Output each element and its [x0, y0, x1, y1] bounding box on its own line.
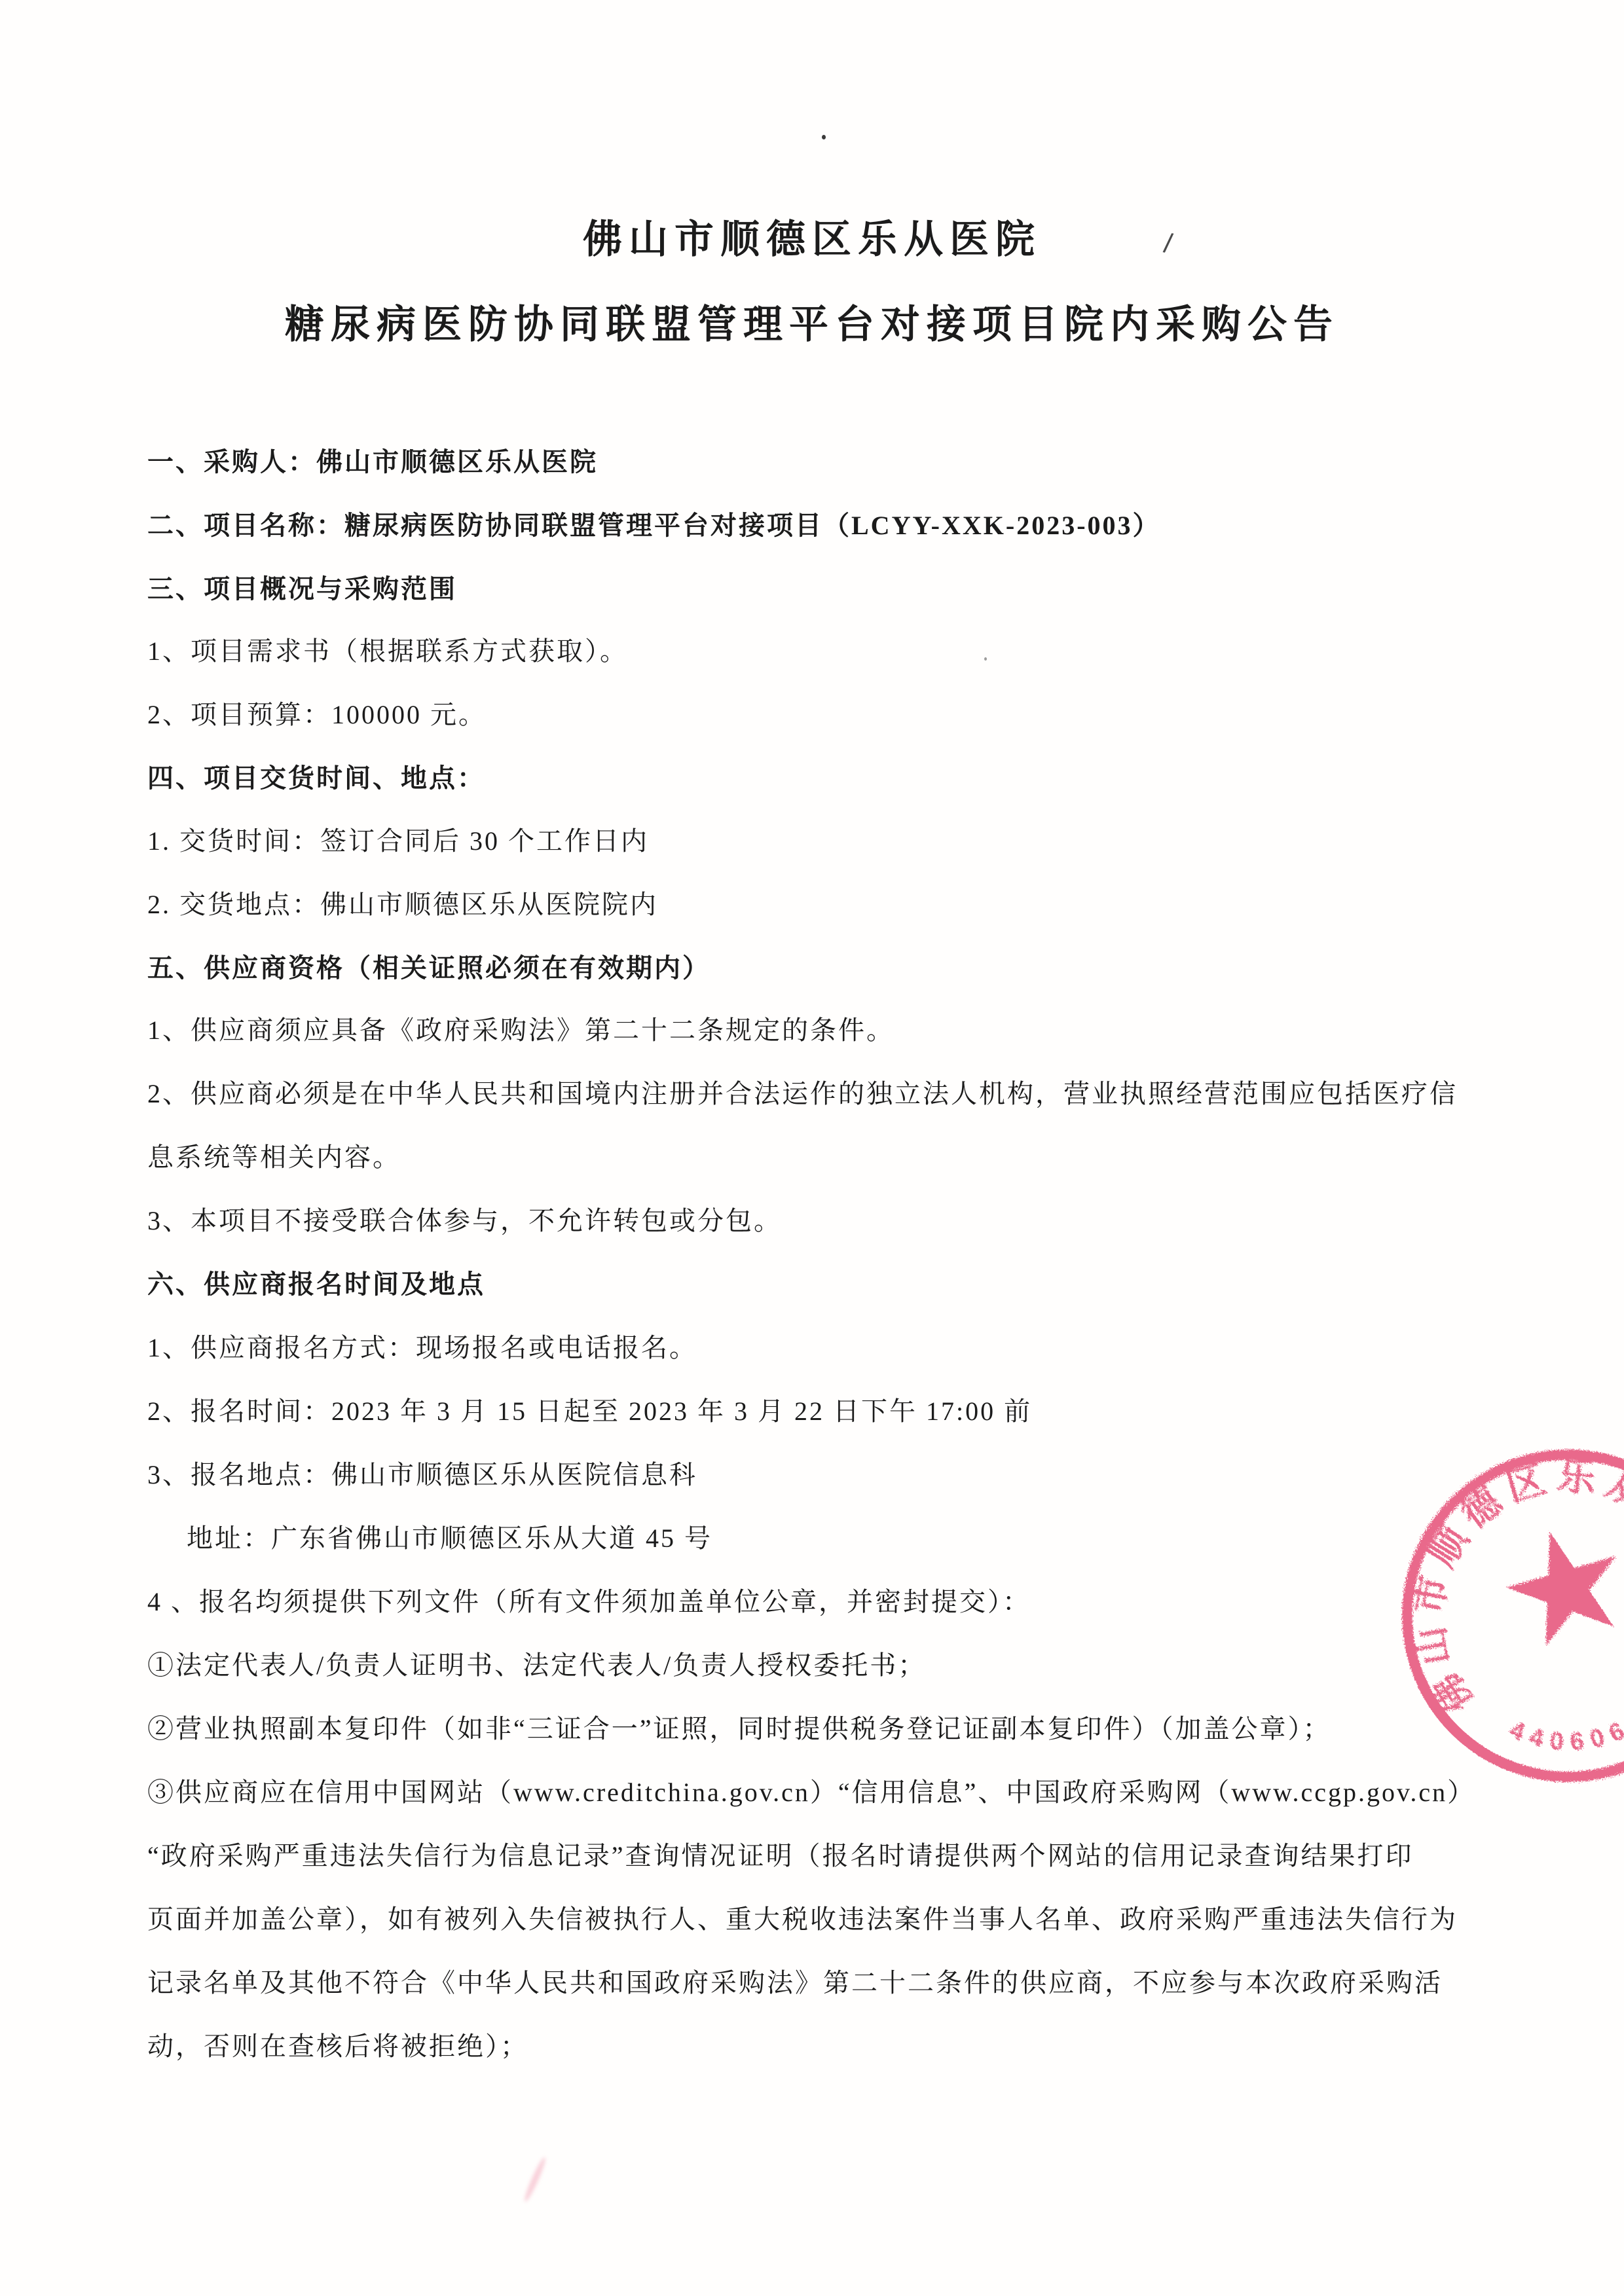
- seal-code: 440606: [1505, 1714, 1624, 1757]
- document-page: 佛山市顺德区乐从医院 / 糖尿病医防协同联盟管理平台对接项目院内采购公告 一、采…: [0, 0, 1624, 2296]
- official-seal: 佛山市顺德区乐从医院 440606: [0, 0, 1624, 2296]
- seal-graphic: 佛山市顺德区乐从医院 440606: [1407, 1455, 1624, 1777]
- seal-star-icon: [1495, 1516, 1624, 1652]
